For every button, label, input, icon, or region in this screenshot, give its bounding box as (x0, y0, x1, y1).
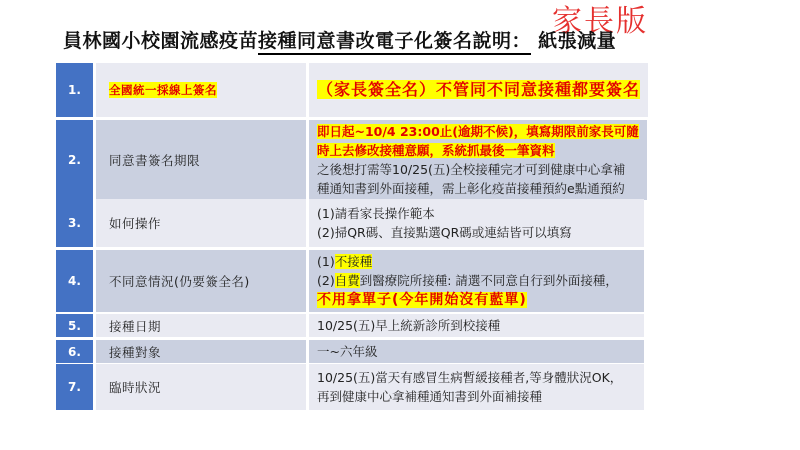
row-label-cell: 接種對象 (96, 340, 306, 363)
title-suffix: 紙張減量 (531, 30, 616, 52)
text-segment: 接種對象 (109, 343, 161, 361)
row-number-cell: 5. (56, 314, 93, 337)
text-segment: 不接種 (335, 254, 373, 269)
content-line: (1)請看家長操作範本 (317, 204, 636, 223)
text-segment: 種通知書到外面接種，需上彰化疫苗接種預約e點通預約 (317, 181, 625, 196)
text-segment: 全國統一採線上簽名 (109, 82, 217, 98)
row-content-cell: (1)請看家長操作範本(2)掃QR碼、直接點選QR碼或連結皆可以填寫 (309, 199, 644, 247)
title-underlined: 接種同意書改電子化簽名說明： (258, 30, 531, 55)
row-number-cell: 1. (56, 63, 93, 117)
table-row: 1.全國統一採線上簽名（家長簽全名）不管同不同意接種都要簽名 (56, 63, 644, 117)
row-content-cell: 一~六年級 (309, 340, 644, 363)
page-root: 家長版 員林國小校園流感疫苗接種同意書改電子化簽名說明： 紙張減量 1.全國統一… (0, 0, 800, 450)
text-segment: 即日起~10/4 23:00止(逾期不候)，填寫期限前家長可隨 (317, 124, 639, 139)
row-number-cell: 3. (56, 199, 93, 247)
text-segment: （家長簽全名）不管同不同意接種都要簽名 (317, 80, 640, 99)
text-segment: 10/25(五)早上統新診所到校接種 (317, 318, 500, 333)
row-number-cell: 4. (56, 250, 93, 312)
text-segment: 同意書簽名期限 (109, 151, 200, 169)
text-segment: 時上去修改接種意願，系統抓最後一筆資料 (317, 143, 555, 158)
content-line: 再到健康中心拿補種通知書到外面補接種 (317, 387, 636, 406)
text-segment: 臨時狀況 (109, 378, 161, 396)
content-line: （家長簽全名）不管同不同意接種都要簽名 (317, 78, 640, 103)
row-label-cell: 同意書簽名期限 (96, 120, 306, 200)
title-prefix: 員林國小校園流感疫苗 (63, 30, 258, 52)
row-number-cell: 6. (56, 340, 93, 363)
content-line: 10/25(五)當天有感冒生病暫緩接種者,等身體狀況OK， (317, 368, 636, 387)
text-segment: (2) (317, 273, 335, 288)
row-number-cell: 7. (56, 364, 93, 410)
text-segment: (1)請看家長操作範本 (317, 206, 435, 221)
text-segment: 再到健康中心拿補種通知書到外面補接種 (317, 389, 542, 404)
text-segment: 自費 (335, 273, 360, 288)
row-content-cell: 10/25(五)早上統新診所到校接種 (309, 314, 644, 337)
text-segment: 不同意情況(仍要簽全名) (109, 272, 250, 290)
row-label-cell: 不同意情況(仍要簽全名) (96, 250, 306, 312)
row-number-cell: 2. (56, 120, 93, 200)
row-content-cell: （家長簽全名）不管同不同意接種都要簽名 (309, 63, 648, 117)
row-content-cell: 10/25(五)當天有感冒生病暫緩接種者,等身體狀況OK，再到健康中心拿補種通知… (309, 364, 644, 410)
row-content-cell: (1)不接種(2)自費到醫療院所接種: 請選不同意自行到外面接種，不用拿單子(今… (309, 250, 644, 312)
table-row: 6.接種對象一~六年級 (56, 340, 644, 361)
content-line: 一~六年級 (317, 342, 636, 361)
content-line: (2)掃QR碼、直接點選QR碼或連結皆可以填寫 (317, 223, 636, 242)
content-line: 10/25(五)早上統新診所到校接種 (317, 316, 636, 335)
content-line: (1)不接種 (317, 252, 636, 271)
row-label-cell: 如何操作 (96, 199, 306, 247)
table-row: 4.不同意情況(仍要簽全名)(1)不接種(2)自費到醫療院所接種: 請選不同意自… (56, 250, 644, 311)
slide-title: 員林國小校園流感疫苗接種同意書改電子化簽名說明： 紙張減量 (63, 26, 616, 53)
table-row: 5.接種日期10/25(五)早上統新診所到校接種 (56, 314, 644, 337)
text-segment: 一~六年級 (317, 344, 377, 359)
table-row: 7.臨時狀況10/25(五)當天有感冒生病暫緩接種者,等身體狀況OK，再到健康中… (56, 364, 644, 410)
text-segment: 接種日期 (109, 317, 161, 335)
text-segment: 之後想打需等10/25(五)全校接種完才可到健康中心拿補 (317, 162, 625, 177)
content-line: 之後想打需等10/25(五)全校接種完才可到健康中心拿補 (317, 160, 639, 179)
text-segment: 10/25(五)當天有感冒生病暫緩接種者,等身體狀況OK， (317, 370, 622, 385)
row-label-cell: 接種日期 (96, 314, 306, 337)
table-row: 2.同意書簽名期限即日起~10/4 23:00止(逾期不候)，填寫期限前家長可隨… (56, 120, 644, 196)
content-line: 時上去修改接種意願，系統抓最後一筆資料 (317, 141, 639, 160)
table-row: 3.如何操作(1)請看家長操作範本(2)掃QR碼、直接點選QR碼或連結皆可以填寫 (56, 199, 644, 247)
consent-info-table: 1.全國統一採線上簽名（家長簽全名）不管同不同意接種都要簽名2.同意書簽名期限即… (56, 63, 644, 413)
row-content-cell: 即日起~10/4 23:00止(逾期不候)，填寫期限前家長可隨時上去修改接種意願… (309, 120, 647, 200)
content-line: 即日起~10/4 23:00止(逾期不候)，填寫期限前家長可隨 (317, 122, 639, 141)
content-line: 不用拿單子(今年開始沒有藍單) (317, 290, 636, 310)
content-line: 種通知書到外面接種，需上彰化疫苗接種預約e點通預約 (317, 179, 639, 198)
content-line: (2)自費到醫療院所接種: 請選不同意自行到外面接種， (317, 271, 636, 290)
text-segment: 不用拿單子(今年開始沒有藍單) (317, 292, 527, 308)
row-label-cell: 全國統一採線上簽名 (96, 63, 306, 117)
text-segment: 如何操作 (109, 214, 161, 232)
text-segment: (1) (317, 254, 335, 269)
row-label-cell: 臨時狀況 (96, 364, 306, 410)
text-segment: (2)掃QR碼、直接點選QR碼或連結皆可以填寫 (317, 225, 572, 240)
text-segment: 到醫療院所接種: 請選不同意自行到外面接種， (360, 273, 618, 288)
